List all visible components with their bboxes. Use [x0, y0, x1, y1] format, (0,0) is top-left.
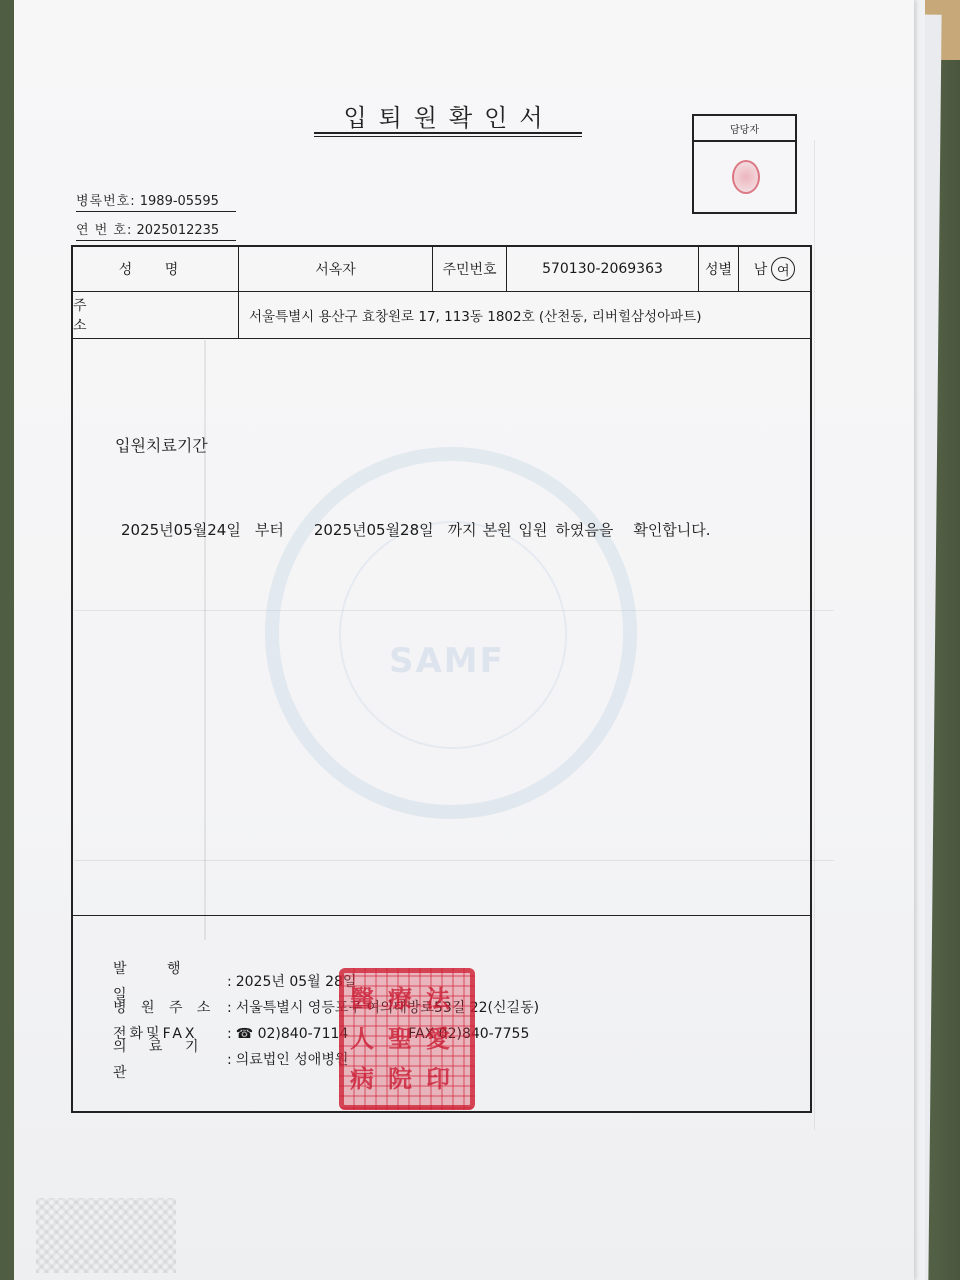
hospital-official-seal: 醫 療 法 人 聖 愛 病 院 印	[339, 968, 475, 1110]
from-date: 2025년05월24일	[121, 521, 241, 539]
id-label: 주민번호	[433, 247, 507, 291]
patient-row: 성 명 서옥자 주민번호 570130-2069363 성별 남 여	[73, 247, 810, 292]
registration-number-label: 병록번호:	[76, 194, 136, 209]
sex-field: 남 여	[739, 247, 810, 291]
approver-box: 담당자	[692, 114, 797, 214]
patient-name: 서옥자	[239, 247, 433, 291]
hospital-address-row: 병 원 주 소 : 서울특별시 영등포구 여의대방로53길 22(신길동)	[113, 995, 539, 1021]
phone-number: ☎ 02)840-7114	[236, 1021, 349, 1047]
sex-label: 성별	[699, 247, 739, 291]
sex-option-male: 남	[754, 259, 768, 279]
to-word: 까지	[448, 521, 477, 539]
statement-confirm: 확인합니다.	[633, 521, 710, 539]
footer-divider	[73, 915, 810, 916]
treatment-period-label: 입원치료기간	[115, 433, 208, 456]
document-title: 입퇴원확인서	[324, 98, 574, 133]
institution-row: 의 료 기 관 : 의료법인 성애병원	[113, 1047, 539, 1073]
patient-id: 570130-2069363	[507, 247, 699, 291]
serial-number-value: 2025012235	[136, 223, 219, 238]
to-date: 2025년05월28일	[314, 521, 434, 539]
registration-number-value: 1989-05595	[140, 194, 219, 209]
serial-number: 연 번 호: 2025012235	[76, 219, 236, 241]
address-label: 주 소	[73, 291, 239, 338]
title-underline	[314, 136, 582, 137]
issue-date-row: 발 행 일 : 2025년 05월 28일	[113, 969, 539, 995]
name-label: 성 명	[73, 247, 239, 291]
from-word: 부터	[255, 521, 284, 539]
institution-label: 의 료 기 관	[113, 1034, 227, 1086]
registration-number: 병록번호: 1989-05595	[76, 190, 236, 212]
institution-name: 의료법인 성애병원	[236, 1047, 349, 1073]
statement-that: 하였음을	[555, 521, 613, 539]
approver-stamp	[732, 160, 760, 194]
treatment-period-statement: 2025년05월24일부터2025년05월28일까지본원 입원하였음을확인합니다…	[121, 519, 725, 540]
title-underline	[314, 132, 582, 134]
document-page: 입퇴원확인서 담당자 병록번호: 1989-05595 연 번 호: 20250…	[14, 0, 914, 1280]
patient-address: 서울특별시 용산구 효창원로 17, 113동 1802호 (산천동, 리버힐삼…	[239, 291, 810, 338]
ghost-line	[814, 140, 815, 1130]
statement-admitted: 본원 입원	[483, 521, 548, 539]
approver-label: 담당자	[694, 116, 795, 142]
sex-option-female-circled: 여	[771, 257, 795, 281]
foundation-watermark: SAMF	[265, 447, 637, 819]
issuer-info: 발 행 일 : 2025년 05월 28일 병 원 주 소 : 서울특별시 영등…	[113, 969, 539, 1073]
serial-number-label: 연 번 호:	[76, 223, 132, 238]
security-pattern	[36, 1198, 176, 1273]
hospital-address-label: 병 원 주 소	[113, 995, 227, 1021]
address-row: 주 소 서울특별시 용산구 효창원로 17, 113동 1802호 (산천동, …	[73, 291, 810, 339]
watermark-inner-ring	[339, 521, 567, 749]
watermark-logo-text: SAMF	[389, 641, 505, 681]
